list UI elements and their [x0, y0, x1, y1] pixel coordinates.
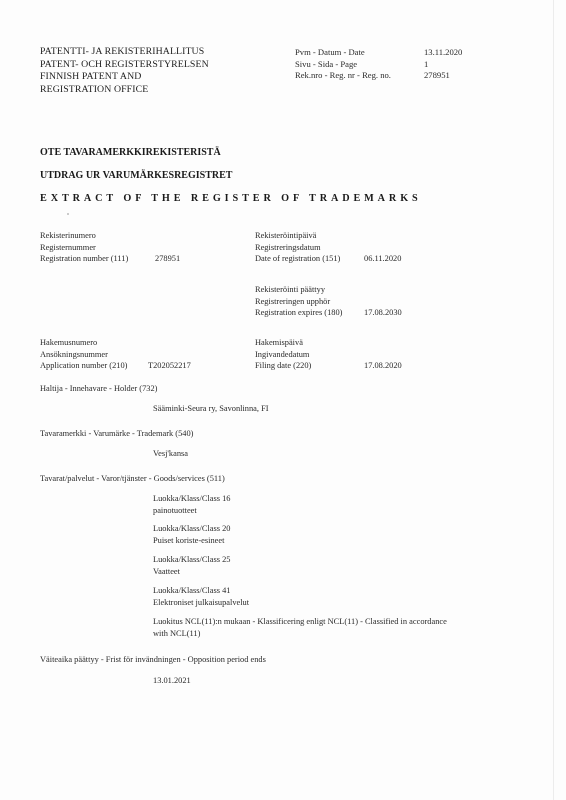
header-meta-values: 13.11.2020 1 278951	[424, 47, 462, 82]
trademark-value: Vesj'kansa	[153, 448, 188, 460]
label-sv: Ingivandedatum	[255, 349, 311, 361]
class-entry: Luokka/Klass/Class 41 Elektroniset julka…	[153, 585, 249, 608]
class-number: Luokka/Klass/Class 20	[153, 523, 230, 535]
org-line-en-2: REGISTRATION OFFICE	[40, 84, 209, 97]
class-number: Luokka/Klass/Class 25	[153, 554, 230, 566]
class-entry: Luokka/Klass/Class 25 Vaatteet	[153, 554, 230, 577]
title-sv: UTDRAG UR VARUMÄRKESREGISTRET	[40, 170, 232, 182]
classification-note-line-2: with NCL(11)	[153, 628, 447, 640]
classification-note: Luokitus NCL(11):n mukaan - Klassificeri…	[153, 616, 447, 639]
label-fi: Hakemispäivä	[255, 337, 311, 349]
goods-services-label: Tavarat/palvelut - Varor/tjänster - Good…	[40, 473, 225, 485]
filing-date-labels: Hakemispäivä Ingivandedatum Filing date …	[255, 337, 311, 372]
class-number: Luokka/Klass/Class 41	[153, 585, 249, 597]
label-sv: Registreringen upphör	[255, 296, 342, 308]
classification-note-line-1: Luokitus NCL(11):n mukaan - Klassificeri…	[153, 616, 447, 628]
label-sv: Registernummer	[40, 242, 128, 254]
label-en: Date of registration (151)	[255, 253, 340, 265]
registration-expires-labels: Rekisteröinti päättyy Registreringen upp…	[255, 284, 342, 319]
registration-date-labels: Rekisteröintipäivä Registreringsdatum Da…	[255, 230, 340, 265]
registration-number-value: 278951	[155, 253, 180, 265]
holder-label: Haltija - Innehavare - Holder (732)	[40, 383, 157, 395]
label-fi: Rekisteröinti päättyy	[255, 284, 342, 296]
scan-edge-line	[553, 0, 554, 800]
page-label: Sivu - Sida - Page	[295, 59, 391, 71]
label-en: Filing date (220)	[255, 360, 311, 372]
label-fi: Rekisteröintipäivä	[255, 230, 340, 242]
class-entry: Luokka/Klass/Class 16 painotuotteet	[153, 493, 230, 516]
holder-value: Sääminki-Seura ry, Savonlinna, FI	[153, 403, 269, 415]
title-en: EXTRACT OF THE REGISTER OF TRADEMARKS	[40, 193, 422, 205]
class-entry: Luokka/Klass/Class 20 Puiset koriste-esi…	[153, 523, 230, 546]
date-label: Pvm - Datum - Date	[295, 47, 391, 59]
org-line-fi: PATENTTI- JA REKISTERIHALLITUS	[40, 46, 209, 59]
label-en: Application number (210)	[40, 360, 127, 372]
registration-date-value: 06.11.2020	[364, 253, 401, 265]
org-line-sv: PATENT- OCH REGISTERSTYRELSEN	[40, 59, 209, 72]
registration-number-labels: Rekisterinumero Registernummer Registrat…	[40, 230, 128, 265]
class-description: Vaatteet	[153, 566, 230, 578]
class-number: Luokka/Klass/Class 16	[153, 493, 230, 505]
page-value: 1	[424, 59, 462, 71]
header-meta-labels: Pvm - Datum - Date Sivu - Sida - Page Re…	[295, 47, 391, 82]
trademark-label: Tavaramerkki - Varumärke - Trademark (54…	[40, 428, 193, 440]
label-sv: Ansökningsnummer	[40, 349, 127, 361]
scan-speck	[67, 213, 69, 215]
title-fi: OTE TAVARAMERKKIREKISTERISTÄ	[40, 147, 221, 159]
reg-no-value: 278951	[424, 70, 462, 82]
application-number-labels: Hakemusnumero Ansökningsnummer Applicati…	[40, 337, 127, 372]
filing-date-value: 17.08.2020	[364, 360, 402, 372]
label-fi: Hakemusnumero	[40, 337, 127, 349]
reg-no-label: Rek.nro - Reg. nr - Reg. no.	[295, 70, 391, 82]
label-en: Registration number (111)	[40, 253, 128, 265]
class-description: Puiset koriste-esineet	[153, 535, 230, 547]
organization-name: PATENTTI- JA REKISTERIHALLITUS PATENT- O…	[40, 46, 209, 97]
label-en: Registration expires (180)	[255, 307, 342, 319]
registration-expires-value: 17.08.2030	[364, 307, 402, 319]
date-value: 13.11.2020	[424, 47, 462, 59]
class-description: Elektroniset julkaisupalvelut	[153, 597, 249, 609]
label-fi: Rekisterinumero	[40, 230, 128, 242]
opposition-label: Väiteaika päättyy - Frist för invändning…	[40, 654, 266, 666]
org-line-en-1: FINNISH PATENT AND	[40, 71, 209, 84]
class-description: painotuotteet	[153, 505, 230, 517]
application-number-value: T202052217	[148, 360, 191, 372]
opposition-value: 13.01.2021	[153, 675, 191, 687]
label-sv: Registreringsdatum	[255, 242, 340, 254]
